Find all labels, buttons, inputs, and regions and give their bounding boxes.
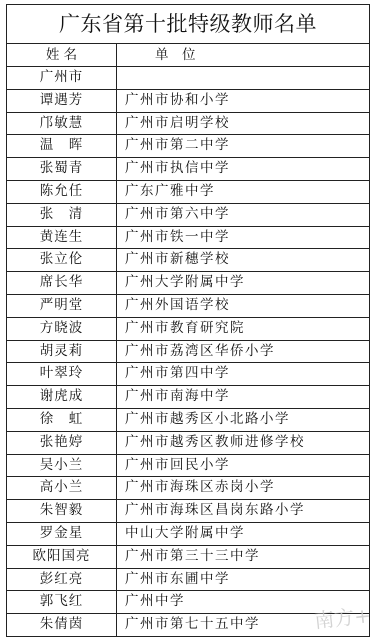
- table-row: 张蜀青 广州市执信中学: [7, 158, 370, 181]
- table-row: 欧阳国亮 广州市第三十三中学: [7, 545, 370, 568]
- teacher-name: 彭红亮: [7, 568, 117, 591]
- teacher-unit: 广州市荔湾区华侨小学: [117, 340, 370, 363]
- teacher-name: 黄连生: [7, 226, 117, 249]
- teacher-unit: 广州市教育研究院: [117, 317, 370, 340]
- teacher-unit: 广州市协和小学: [117, 89, 370, 112]
- teacher-list-sheet: 广东省第十批特级教师名单 姓 名 单 位 广州市 谭遇芳 广州市协和小学 邝敏慧…: [6, 4, 369, 637]
- table-row: 罗金星 中山大学附属中学: [7, 522, 370, 545]
- teacher-name: 吴小兰: [7, 454, 117, 477]
- teacher-name: 严明堂: [7, 294, 117, 317]
- teacher-list-table: 广东省第十批特级教师名单 姓 名 单 位 广州市 谭遇芳 广州市协和小学 邝敏慧…: [6, 4, 370, 637]
- teacher-unit: 广州市南海中学: [117, 386, 370, 409]
- teacher-name: 谢虎成: [7, 386, 117, 409]
- teacher-name: 欧阳国亮: [7, 545, 117, 568]
- teacher-unit: 广州市东圃中学: [117, 568, 370, 591]
- teacher-name: 张艳婷: [7, 431, 117, 454]
- teacher-unit: 广州市第三十三中学: [117, 545, 370, 568]
- table-row: 席长华 广州大学附属中学: [7, 272, 370, 295]
- teacher-name: 张立伦: [7, 249, 117, 272]
- teacher-unit: 广州市回民小学: [117, 454, 370, 477]
- teacher-name: 朱倩茵: [7, 614, 117, 637]
- table-row: 谭遇芳 广州市协和小学: [7, 89, 370, 112]
- table-row: 叶翠玲 广州市第四中学: [7, 363, 370, 386]
- table-title: 广东省第十批特级教师名单: [7, 5, 370, 44]
- teacher-unit: 广东广雅中学: [117, 180, 370, 203]
- table-row: 温 晖 广州市第二中学: [7, 135, 370, 158]
- teacher-unit: 广州大学附属中学: [117, 272, 370, 295]
- teacher-name: 叶翠玲: [7, 363, 117, 386]
- table-row: 陈允任 广东广雅中学: [7, 180, 370, 203]
- table-row: 吴小兰 广州市回民小学: [7, 454, 370, 477]
- teacher-unit: 广州市海珠区赤岗小学: [117, 477, 370, 500]
- teacher-name: 邝敏慧: [7, 112, 117, 135]
- section-label: 广州市: [7, 67, 117, 90]
- section-unit: [117, 67, 370, 90]
- teacher-name: 陈允任: [7, 180, 117, 203]
- teacher-unit: 广州市执信中学: [117, 158, 370, 181]
- teacher-unit: 广州市海珠区昌岗东路小学: [117, 500, 370, 523]
- table-row: 高小兰 广州市海珠区赤岗小学: [7, 477, 370, 500]
- teacher-name: 谭遇芳: [7, 89, 117, 112]
- table-row: 严明堂 广州外国语学校: [7, 294, 370, 317]
- teacher-name: 方晓波: [7, 317, 117, 340]
- teacher-name: 朱智毅: [7, 500, 117, 523]
- table-row: 谢虎成 广州市南海中学: [7, 386, 370, 409]
- teacher-unit: 中山大学附属中学: [117, 522, 370, 545]
- table-row: 黄连生 广州市铁一中学: [7, 226, 370, 249]
- teacher-name: 张蜀青: [7, 158, 117, 181]
- table-row: 胡灵莉 广州市荔湾区华侨小学: [7, 340, 370, 363]
- teacher-unit: 广州市越秀区教师进修学校: [117, 431, 370, 454]
- table-row: 邝敏慧 广州市启明学校: [7, 112, 370, 135]
- table-row: 朱智毅 广州市海珠区昌岗东路小学: [7, 500, 370, 523]
- table-row: 彭红亮 广州市东圃中学: [7, 568, 370, 591]
- table-row: 徐 虹 广州市越秀区小北路小学: [7, 408, 370, 431]
- teacher-unit: 广州市铁一中学: [117, 226, 370, 249]
- teacher-unit: 广州外国语学校: [117, 294, 370, 317]
- teacher-unit: 广州市新穗学校: [117, 249, 370, 272]
- teacher-name: 高小兰: [7, 477, 117, 500]
- teacher-unit: 广州市越秀区小北路小学: [117, 408, 370, 431]
- teacher-name: 胡灵莉: [7, 340, 117, 363]
- table-row: 张 清 广州市第六中学: [7, 203, 370, 226]
- watermark-logo: 南方+: [313, 599, 372, 634]
- header-unit: 单 位: [117, 44, 370, 67]
- teacher-name: 温 晖: [7, 135, 117, 158]
- table-row: 张艳婷 广州市越秀区教师进修学校: [7, 431, 370, 454]
- header-row: 姓 名 单 位: [7, 44, 370, 67]
- teacher-name: 席长华: [7, 272, 117, 295]
- table-row: 张立伦 广州市新穗学校: [7, 249, 370, 272]
- section-row: 广州市: [7, 67, 370, 90]
- teacher-name: 郭飞红: [7, 591, 117, 614]
- title-row: 广东省第十批特级教师名单: [7, 5, 370, 44]
- teacher-name: 张 清: [7, 203, 117, 226]
- teacher-name: 徐 虹: [7, 408, 117, 431]
- header-name: 姓 名: [7, 44, 117, 67]
- teacher-unit: 广州市第二中学: [117, 135, 370, 158]
- teacher-unit: 广州市启明学校: [117, 112, 370, 135]
- table-row: 方晓波 广州市教育研究院: [7, 317, 370, 340]
- teacher-name: 罗金星: [7, 522, 117, 545]
- teacher-unit: 广州市第六中学: [117, 203, 370, 226]
- teacher-unit: 广州市第四中学: [117, 363, 370, 386]
